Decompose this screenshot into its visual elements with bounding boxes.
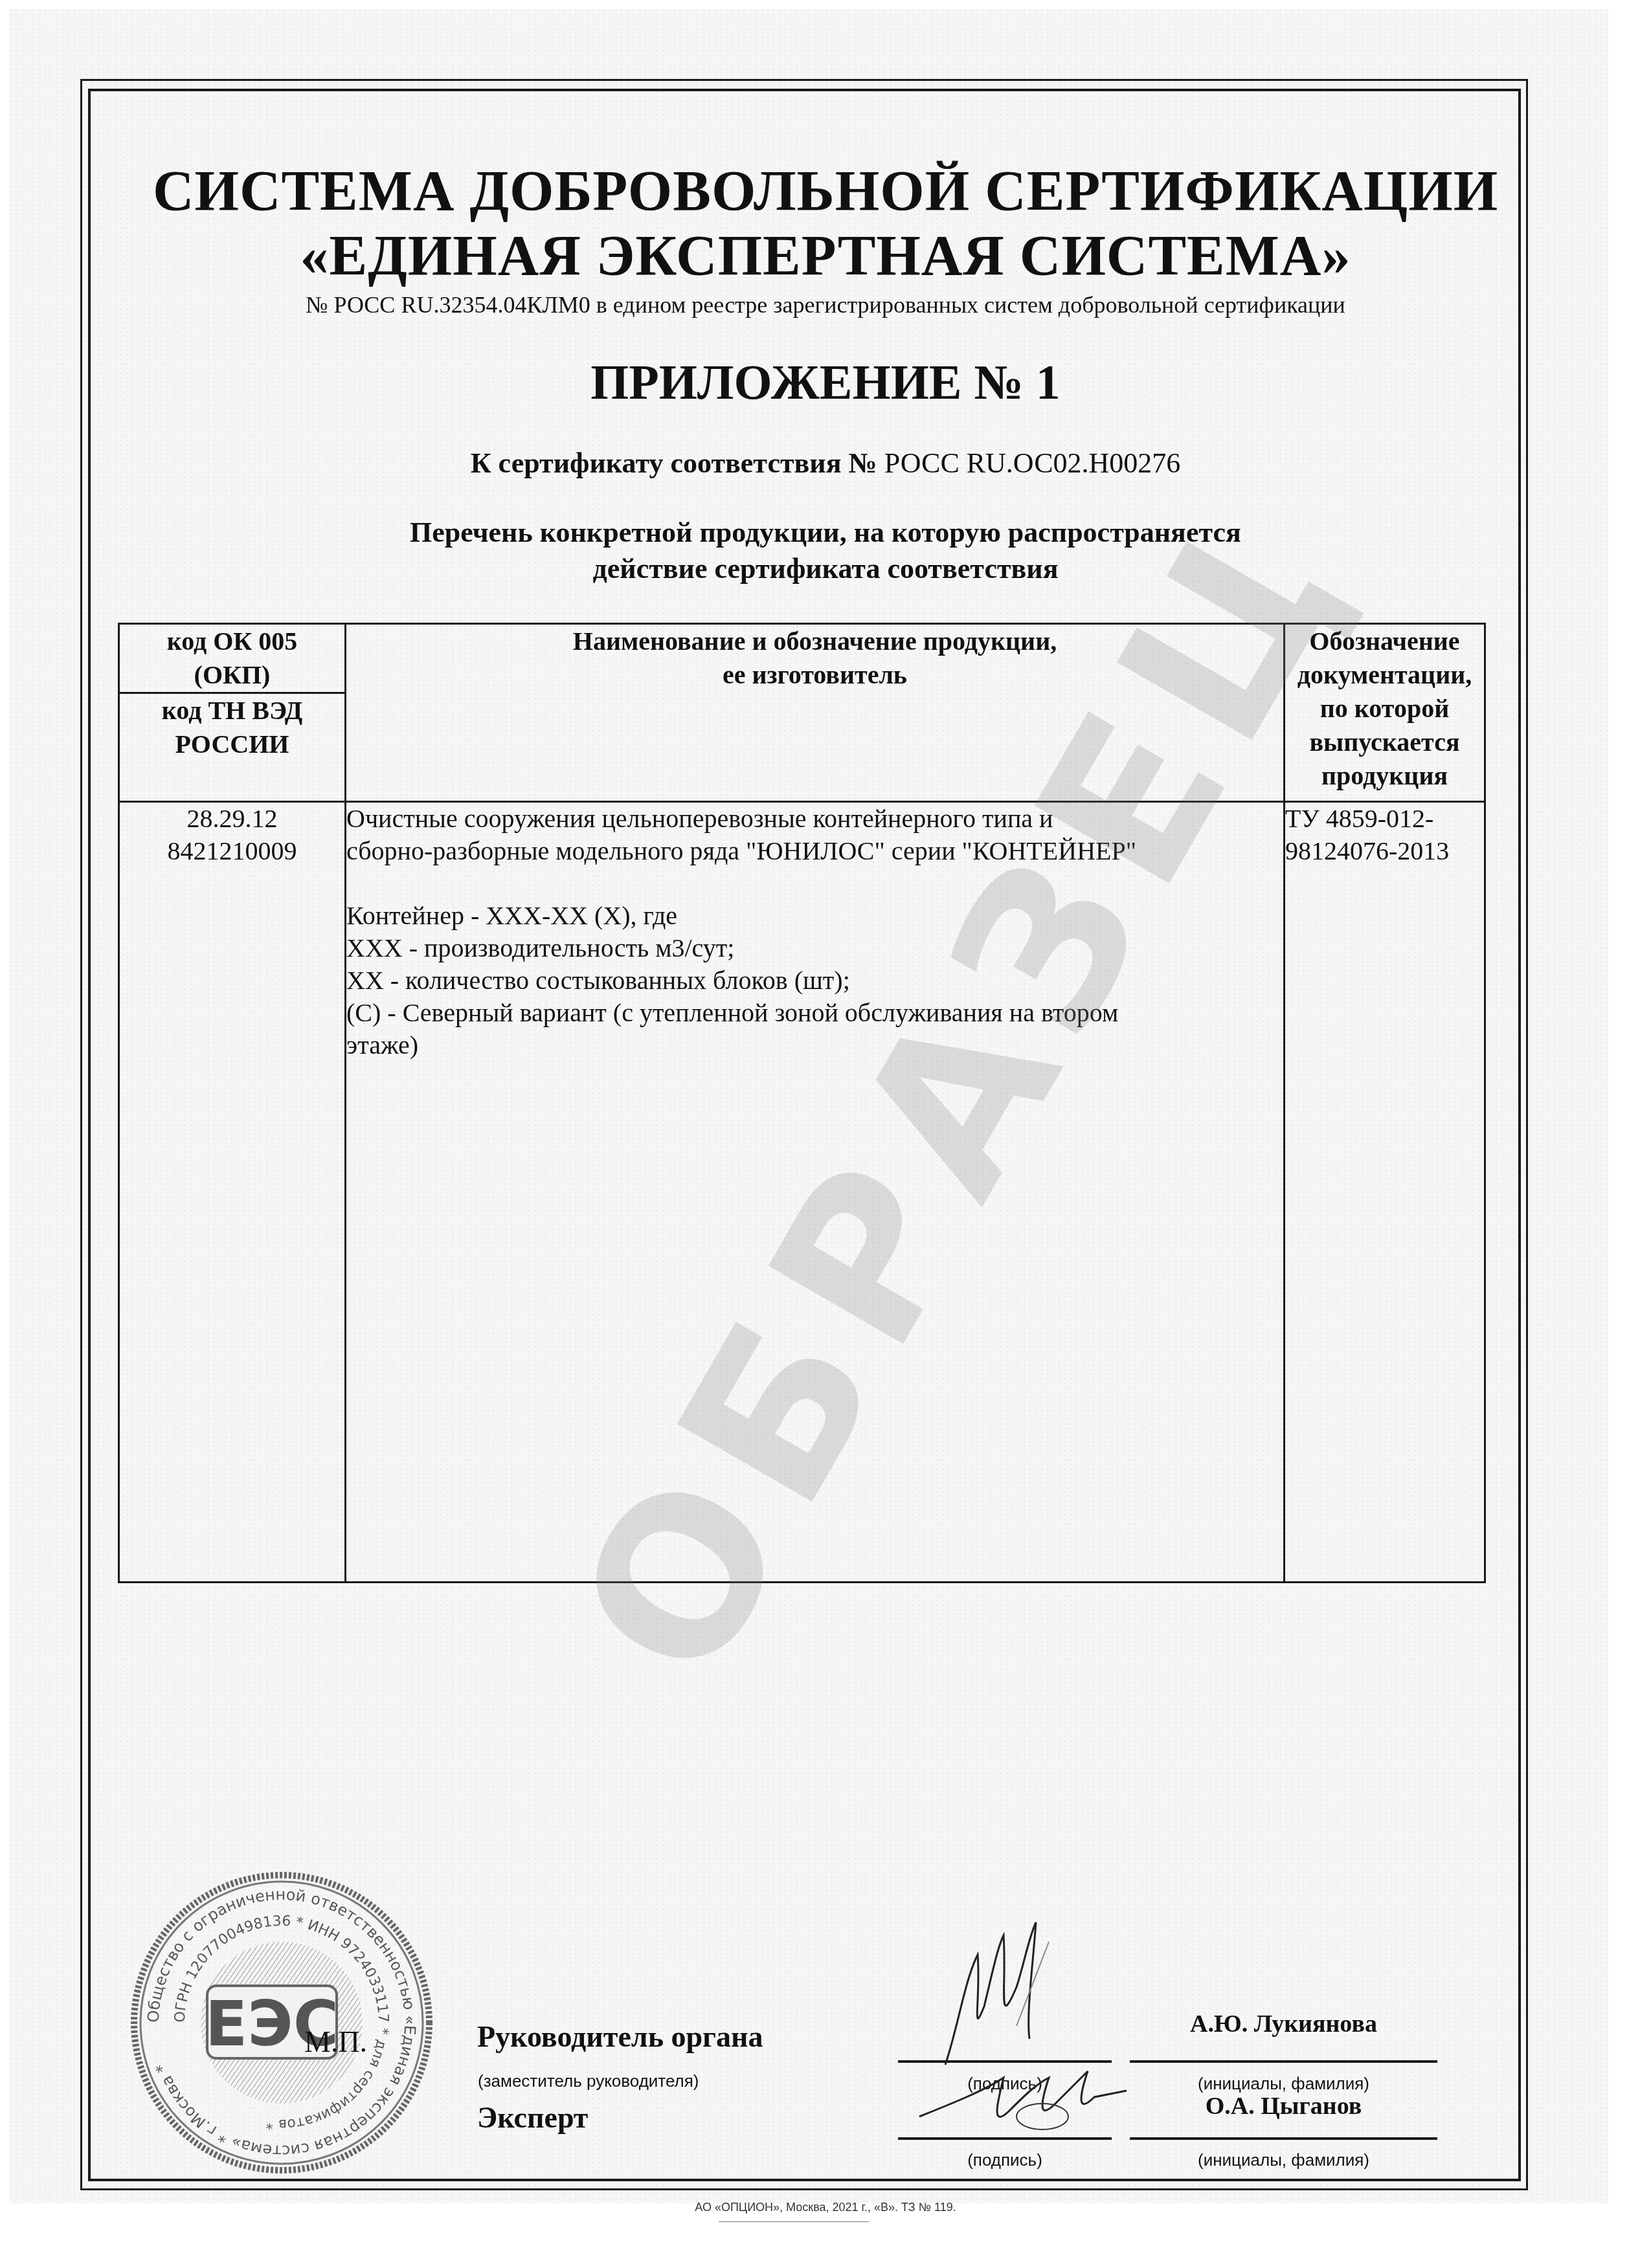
description-line2: сборно-разборные модельного ряда "ЮНИЛОС… <box>346 835 1283 867</box>
seal-icon: Общество с ограниченной ответственностью… <box>129 1871 434 2175</box>
table-header-row: код ОК 005 (ОКП) Наименование и обозначе… <box>119 624 1485 693</box>
company-seal-stamp: Общество с ограниченной ответственностью… <box>129 1871 434 2175</box>
certificate-reference-label: К сертификату соответствия № <box>471 447 877 479</box>
cell-documentation: ТУ 4859-012- 98124076-2013 <box>1285 802 1485 1583</box>
product-list-title: Перечень конкретной продукции, на котору… <box>0 515 1651 587</box>
header-doc-line5: продукция <box>1285 759 1484 793</box>
system-title-line2: «ЕДИНАЯ ЭКСПЕРТНАЯ СИСТЕМА» <box>0 223 1651 289</box>
header-code-tnved: код ТН ВЭД РОССИИ <box>119 693 346 802</box>
model-line5: этаже) <box>346 1029 1283 1062</box>
header-doc-line1: Обозначение <box>1285 625 1484 658</box>
footer-underline <box>719 2221 869 2222</box>
expert-name-line <box>1130 2137 1437 2140</box>
registry-note: № РОСС RU.32354.04КЛМ0 в едином реестре … <box>0 291 1651 318</box>
header-code-tnved-line1: код ТН ВЭД <box>120 694 344 728</box>
header-code-tnved-line2: РОССИИ <box>120 728 344 761</box>
product-table: код ОК 005 (ОКП) Наименование и обозначе… <box>118 623 1486 1583</box>
cell-description: Очистные сооружения цельноперевозные кон… <box>346 802 1285 1583</box>
header-doc-line2: документации, <box>1285 658 1484 692</box>
appendix-title: ПРИЛОЖЕНИЕ № 1 <box>0 355 1651 411</box>
system-title-line1: СИСТЕМА ДОБРОВОЛЬНОЙ СЕРТИФИКАЦИИ <box>0 159 1651 224</box>
header-documentation: Обозначение документации, по которой вып… <box>1285 624 1485 802</box>
product-list-title-line2: действие сертификата соответствия <box>0 551 1651 587</box>
head-of-body-label: Руководитель органа <box>477 2019 763 2054</box>
product-list-title-line1: Перечень конкретной продукции, на котору… <box>0 515 1651 551</box>
head-name: А.Ю. Лукиянова <box>1130 2010 1437 2038</box>
header-product-name-line1: Наименование и обозначение продукции, <box>346 625 1283 658</box>
doc-line1: ТУ 4859-012- <box>1285 803 1484 835</box>
expert-name: О.А. Цыганов <box>1130 2092 1437 2120</box>
header-doc-line4: выпускается <box>1285 726 1484 759</box>
doc-line2: 98124076-2013 <box>1285 835 1484 867</box>
certificate-number: РОСС RU.ОС02.Н00276 <box>884 447 1181 479</box>
head-signature-icon <box>919 1909 1068 2078</box>
header-product-name: Наименование и обозначение продукции, ее… <box>346 624 1285 802</box>
header-doc-line3: по которой <box>1285 692 1484 726</box>
expert-signature-caption: (подпись) <box>898 2150 1112 2170</box>
header-code-okp: код ОК 005 (ОКП) <box>119 624 346 693</box>
table-row: 28.29.12 8421210009 Очистные сооружения … <box>119 802 1485 1583</box>
code-okp-value: 28.29.12 <box>120 803 344 835</box>
expert-name-caption: (инициалы, фамилия) <box>1130 2150 1437 2170</box>
header-code-okp-line2: (ОКП) <box>120 658 344 692</box>
description-line1: Очистные сооружения цельноперевозные кон… <box>346 803 1283 835</box>
model-line3: ХХ - количество состыкованных блоков (шт… <box>346 964 1283 997</box>
head-name-line <box>1130 2060 1437 2063</box>
model-line1: Контейнер - ХХХ-ХХ (Х), где <box>346 900 1283 932</box>
code-tnved-value: 8421210009 <box>120 835 344 867</box>
head-name-caption: (инициалы, фамилия) <box>1130 2074 1437 2094</box>
expert-label: Эксперт <box>477 2100 588 2135</box>
header-product-name-line2: ее изготовитель <box>346 658 1283 692</box>
deputy-head-label: (заместитель руководителя) <box>478 2071 699 2091</box>
expert-signature-icon <box>913 2065 1133 2142</box>
printer-footer: АО «ОПЦИОН», Москва, 2021 г., «В». ТЗ № … <box>0 2201 1651 2214</box>
cell-codes: 28.29.12 8421210009 <box>119 802 346 1583</box>
model-line4: (С) - Северный вариант (с утепленной зон… <box>346 997 1283 1029</box>
certificate-reference: К сертификату соответствия № РОСС RU.ОС0… <box>0 447 1651 480</box>
model-line2: ХХХ - производительность м3/сут; <box>346 932 1283 964</box>
header-code-okp-line1: код ОК 005 <box>120 625 344 658</box>
seal-mark-label: М.П. <box>304 2025 367 2059</box>
